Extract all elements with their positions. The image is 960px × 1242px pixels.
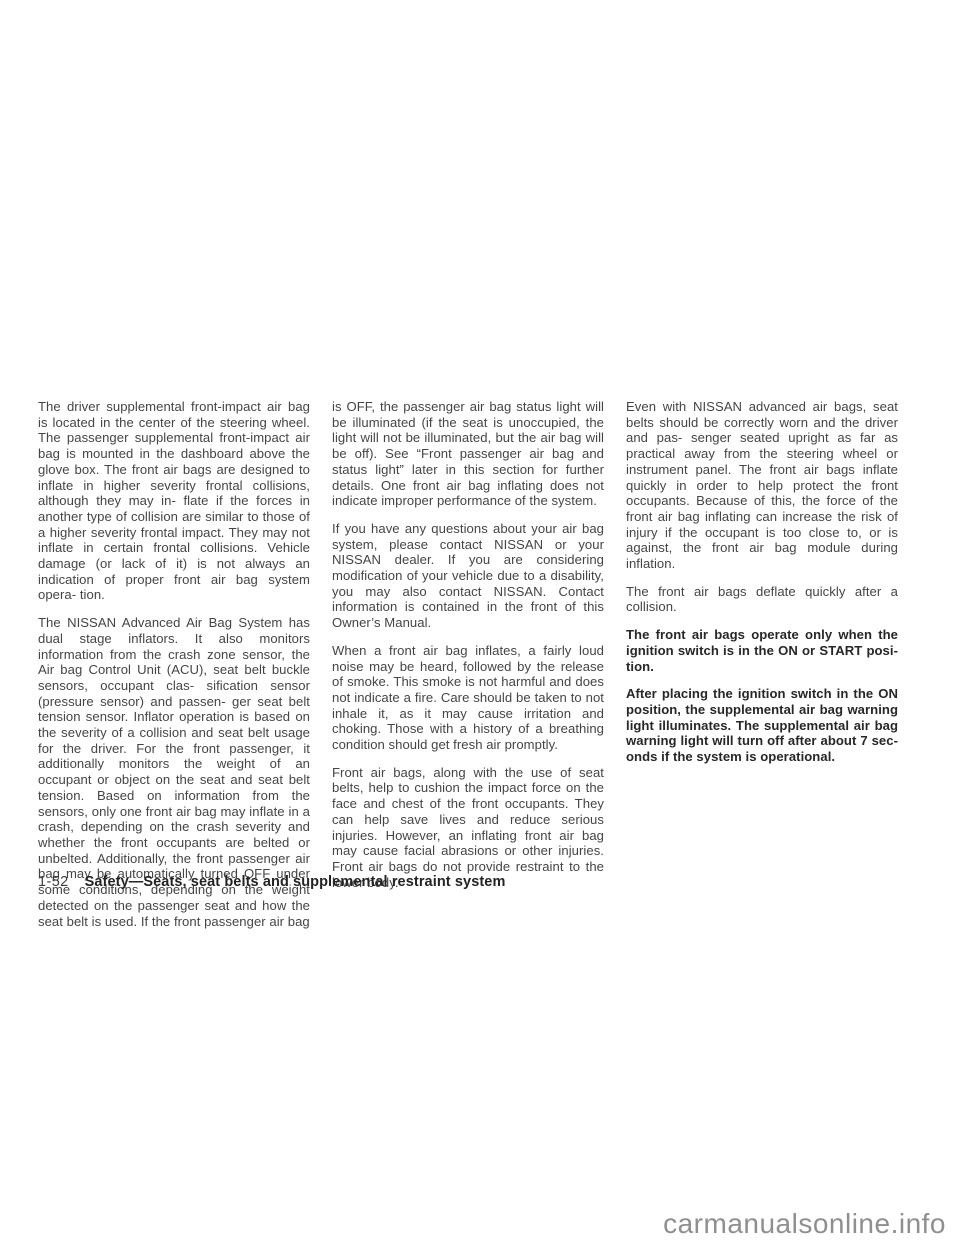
text-column-1: The driver supplemental front-impact air… <box>38 399 310 941</box>
paragraph: When a front air bag inflates, a fairly … <box>332 643 604 753</box>
manual-page: The driver supplemental front-impact air… <box>0 0 960 1242</box>
paragraph-bold: The front air bags operate only when the… <box>626 627 898 674</box>
paragraph: The driver supplemental front-impact air… <box>38 399 310 603</box>
page-footer: 1-52 Safety—Seats, seat belts and supple… <box>38 874 505 891</box>
page-number: 1-52 <box>38 874 69 891</box>
page-body-columns: The driver supplemental front-impact air… <box>38 399 898 941</box>
text-column-2: is OFF, the passenger air bag status lig… <box>332 399 604 941</box>
footer-section-title: Safety—Seats, seat belts and supplementa… <box>85 874 506 891</box>
paragraph: If you have any questions about your air… <box>332 521 604 631</box>
paragraph: Front air bags, along with the use of se… <box>332 765 604 891</box>
paragraph: Even with NISSAN advanced air bags, seat… <box>626 399 898 572</box>
watermark: carmanualsonline.info <box>663 1209 946 1239</box>
paragraph-bold: After placing the ignition switch in the… <box>626 686 898 765</box>
text-column-3: Even with NISSAN advanced air bags, seat… <box>626 399 898 941</box>
paragraph: The front air bags deflate quickly after… <box>626 584 898 615</box>
paragraph: is OFF, the passenger air bag status lig… <box>332 399 604 509</box>
